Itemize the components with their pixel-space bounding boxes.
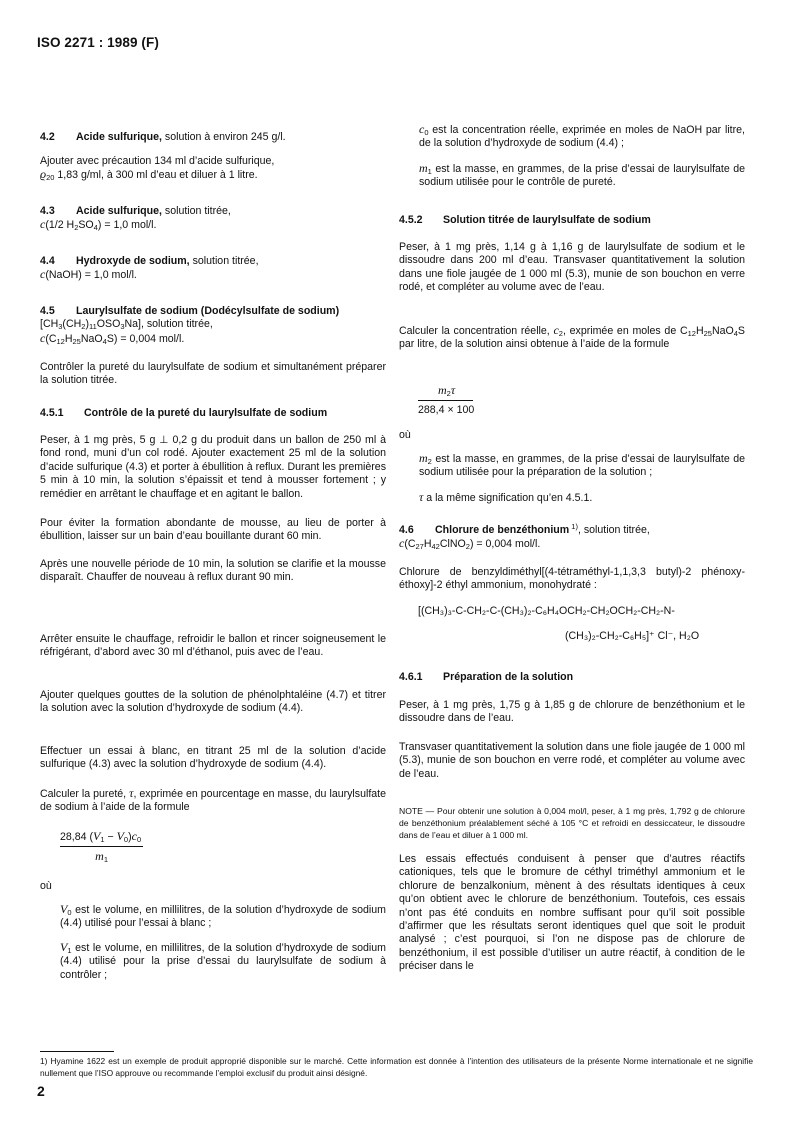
definition-tau: τ a la même signification qu’en 4.5.1. <box>399 491 745 505</box>
section-4-2-paragraph: Ajouter avec précaution 134 ml d’acide s… <box>40 155 386 183</box>
section-4-6-1-paragraph-1: Peser, à 1 mg près, 1,75 g à 1,85 g de c… <box>399 699 745 726</box>
section-4-5-1-paragraph-7: Calculer la pureté, τ, exprimée en pourc… <box>40 787 386 815</box>
footnote-ref[interactable]: 1) <box>569 522 578 531</box>
section-4-5-1-paragraph-6: Effectuer un essai à blanc, en titrant 2… <box>40 745 386 772</box>
definition-v1: V1 est le volume, en millilitres, de la … <box>40 941 386 982</box>
section-4-6-heading: 4.6Chlorure de benzéthonium 1), solution… <box>399 524 745 552</box>
where-label: où <box>40 880 386 893</box>
section-4-6-paragraph: Chlorure de benzyldiméthyl[(4-tétraméthy… <box>399 566 745 593</box>
section-4-5-2-heading: 4.5.2Solution titrée de laurylsulfate de… <box>399 214 745 227</box>
section-4-3-heading: 4.3Acide sulfurique, solution titrée, c(… <box>40 205 386 233</box>
section-4-5-2-paragraph-2: Calculer la concentration réelle, c2, ex… <box>399 324 745 352</box>
section-4-2-heading: 4.2Acide sulfurique, solution à environ … <box>40 131 386 144</box>
definition-v0: V0 est le volume, en millilitres, de la … <box>40 903 386 931</box>
concentration-formula: m2τ 288,4 × 100 <box>418 384 474 418</box>
section-4-5-paragraph: Contrôler la pureté du laurylsulfate de … <box>40 361 386 388</box>
purity-formula: 28,84 (V1 − V0)c0 m1 <box>60 830 143 865</box>
definition-c0: c0 est la concentration réelle, exprimée… <box>399 123 745 151</box>
section-4-5-1-paragraph-2: Pour éviter la formation abondante de mo… <box>40 517 386 544</box>
page-number: 2 <box>37 1085 45 1098</box>
definition-m2: m2 est la masse, en grammes, de la prise… <box>399 452 745 480</box>
section-4-5-1-paragraph-4: Arrêter ensuite le chauffage, refroidir … <box>40 633 386 660</box>
footnote: 1) Hyamine 1622 est un exemple de produi… <box>40 1056 753 1079</box>
document-header: ISO 2271 : 1989 (F) <box>37 36 159 49</box>
section-4-5-heading: 4.5Laurylsulfate de sodium (Dodécylsulfa… <box>40 305 386 346</box>
section-4-6-1-note: NOTE — Pour obtenir une solution à 0,004… <box>399 805 745 841</box>
section-4-6-1-paragraph-3: Les essais effectués conduisent à penser… <box>399 853 745 974</box>
chemical-structure-line-2: (CH₃)₂-CH₂-C₆H₅]⁺ Cl⁻, H₂O <box>565 630 699 643</box>
section-4-4-heading: 4.4Hydroxyde de sodium, solution titrée,… <box>40 255 386 283</box>
section-4-6-1-heading: 4.6.1Préparation de la solution <box>399 671 745 684</box>
section-4-5-1-paragraph-1: Peser, à 1 mg près, 5 g ⊥ 0,2 g du produ… <box>40 434 386 501</box>
section-4-5-2-paragraph-1: Peser, à 1 mg près, 1,14 g à 1,16 g de l… <box>399 241 745 295</box>
where-label: où <box>399 429 745 442</box>
section-4-5-1-paragraph-5: Ajouter quelques gouttes de la solution … <box>40 689 386 716</box>
section-4-5-1-heading: 4.5.1Contrôle de la pureté du laurylsulf… <box>40 407 386 420</box>
section-4-6-1-paragraph-2: Transvaser quantitativement la solution … <box>399 741 745 781</box>
chemical-structure-line-1: [(CH₃)₃-C-CH₂-C-(CH₃)₂-C₆H₄OCH₂-CH₂OCH₂-… <box>418 605 675 618</box>
footnote-separator <box>40 1051 114 1052</box>
definition-m1: m1 est la masse, en grammes, de la prise… <box>399 162 745 190</box>
section-4-5-1-paragraph-3: Après une nouvelle période de 10 min, la… <box>40 558 386 585</box>
